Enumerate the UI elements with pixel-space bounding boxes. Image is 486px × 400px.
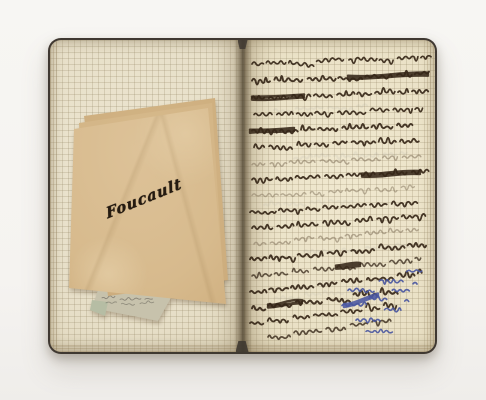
strikethrough-mark	[250, 128, 294, 133]
handwriting-line	[254, 138, 419, 150]
strikethrough-mark	[268, 300, 302, 307]
handwriting-line	[106, 301, 154, 305]
strikethrough-mark	[348, 73, 428, 79]
spine-shadow	[234, 40, 252, 352]
photo-background: Foucault	[0, 0, 486, 400]
right-page	[244, 40, 435, 352]
handwriting-line	[252, 214, 425, 229]
handwriting-line	[252, 56, 431, 67]
handwriting-svg	[244, 40, 435, 352]
handwriting-line	[264, 200, 353, 206]
notebook: Foucault	[48, 38, 437, 354]
blue-annotation	[342, 270, 422, 333]
handwriting-line	[366, 329, 392, 332]
strikethrough-mark	[336, 263, 360, 269]
handwriting-line	[102, 296, 153, 300]
slip-faint-marks	[102, 296, 154, 305]
handwriting-line	[250, 201, 417, 214]
handwriting-line	[252, 185, 414, 197]
strikethrough-mark	[362, 171, 420, 177]
strikethrough-mark	[252, 95, 304, 100]
loose-sheets: Foucault	[50, 40, 244, 352]
notebook-pages: Foucault	[50, 40, 435, 352]
handwriting-line	[254, 228, 418, 245]
left-page: Foucault	[50, 40, 244, 352]
